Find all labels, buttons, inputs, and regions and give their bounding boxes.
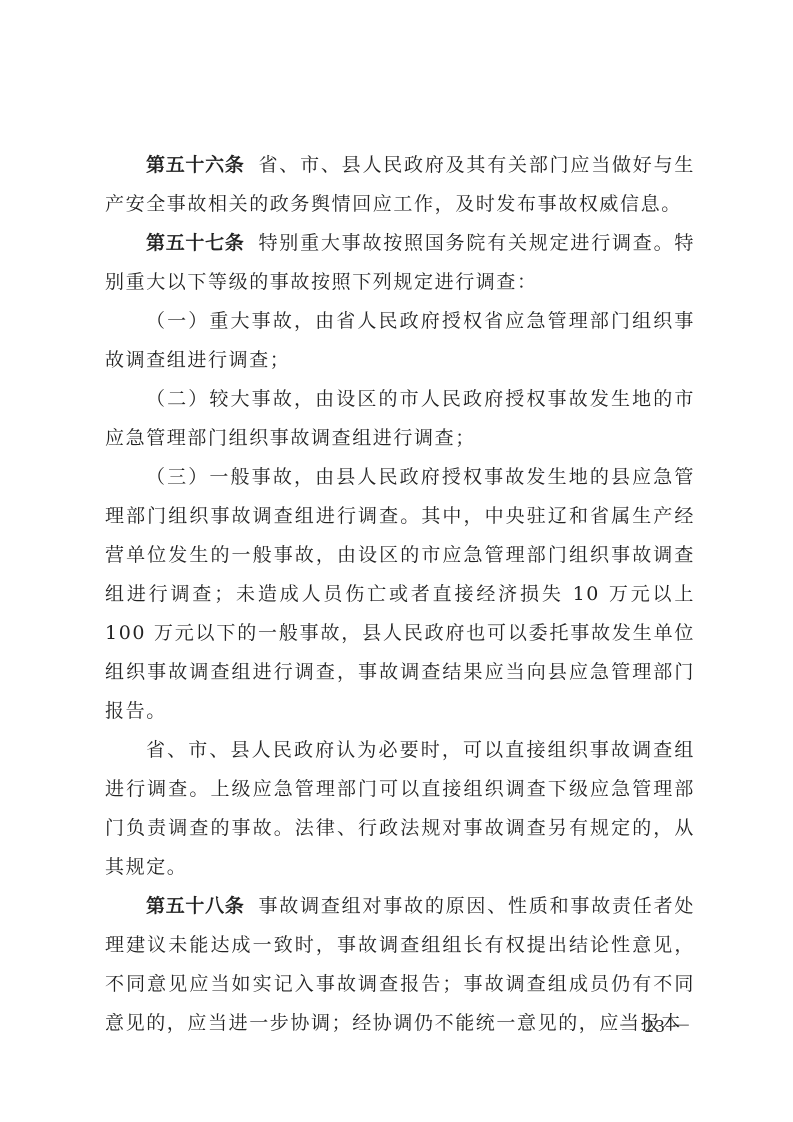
supplementary-paragraph: 省、市、县人民政府认为必要时，可以直接组织事故调查组进行调查。上级应急管理部门可… bbox=[105, 731, 695, 887]
clause-2-paragraph: （二）较大事故，由设区的市人民政府授权事故发生地的市应急管理部门组织事故调查组进… bbox=[105, 380, 695, 458]
article-58-paragraph: 第五十八条事故调查组对事故的原因、性质和事故责任者处理建议未能达成一致时，事故调… bbox=[105, 887, 695, 1043]
document-body: 第五十六条省、市、县人民政府及其有关部门应当做好与生产安全事故相关的政务舆情回应… bbox=[105, 146, 695, 1043]
article-heading: 第五十七条 bbox=[146, 232, 244, 254]
article-heading: 第五十八条 bbox=[146, 895, 244, 917]
article-heading: 第五十六条 bbox=[146, 154, 244, 176]
article-56-paragraph: 第五十六条省、市、县人民政府及其有关部门应当做好与生产安全事故相关的政务舆情回应… bbox=[105, 146, 695, 224]
article-57-paragraph: 第五十七条特别重大事故按照国务院有关规定进行调查。特别重大以下等级的事故按照下列… bbox=[105, 224, 695, 302]
clause-1-paragraph: （一）重大事故，由省人民政府授权省应急管理部门组织事故调查组进行调查； bbox=[105, 302, 695, 380]
clause-3-paragraph: （三）一般事故，由县人民政府授权事故发生地的县应急管理部门组织事故调查组进行调查… bbox=[105, 458, 695, 731]
page-number: － 23 － bbox=[618, 1012, 693, 1038]
